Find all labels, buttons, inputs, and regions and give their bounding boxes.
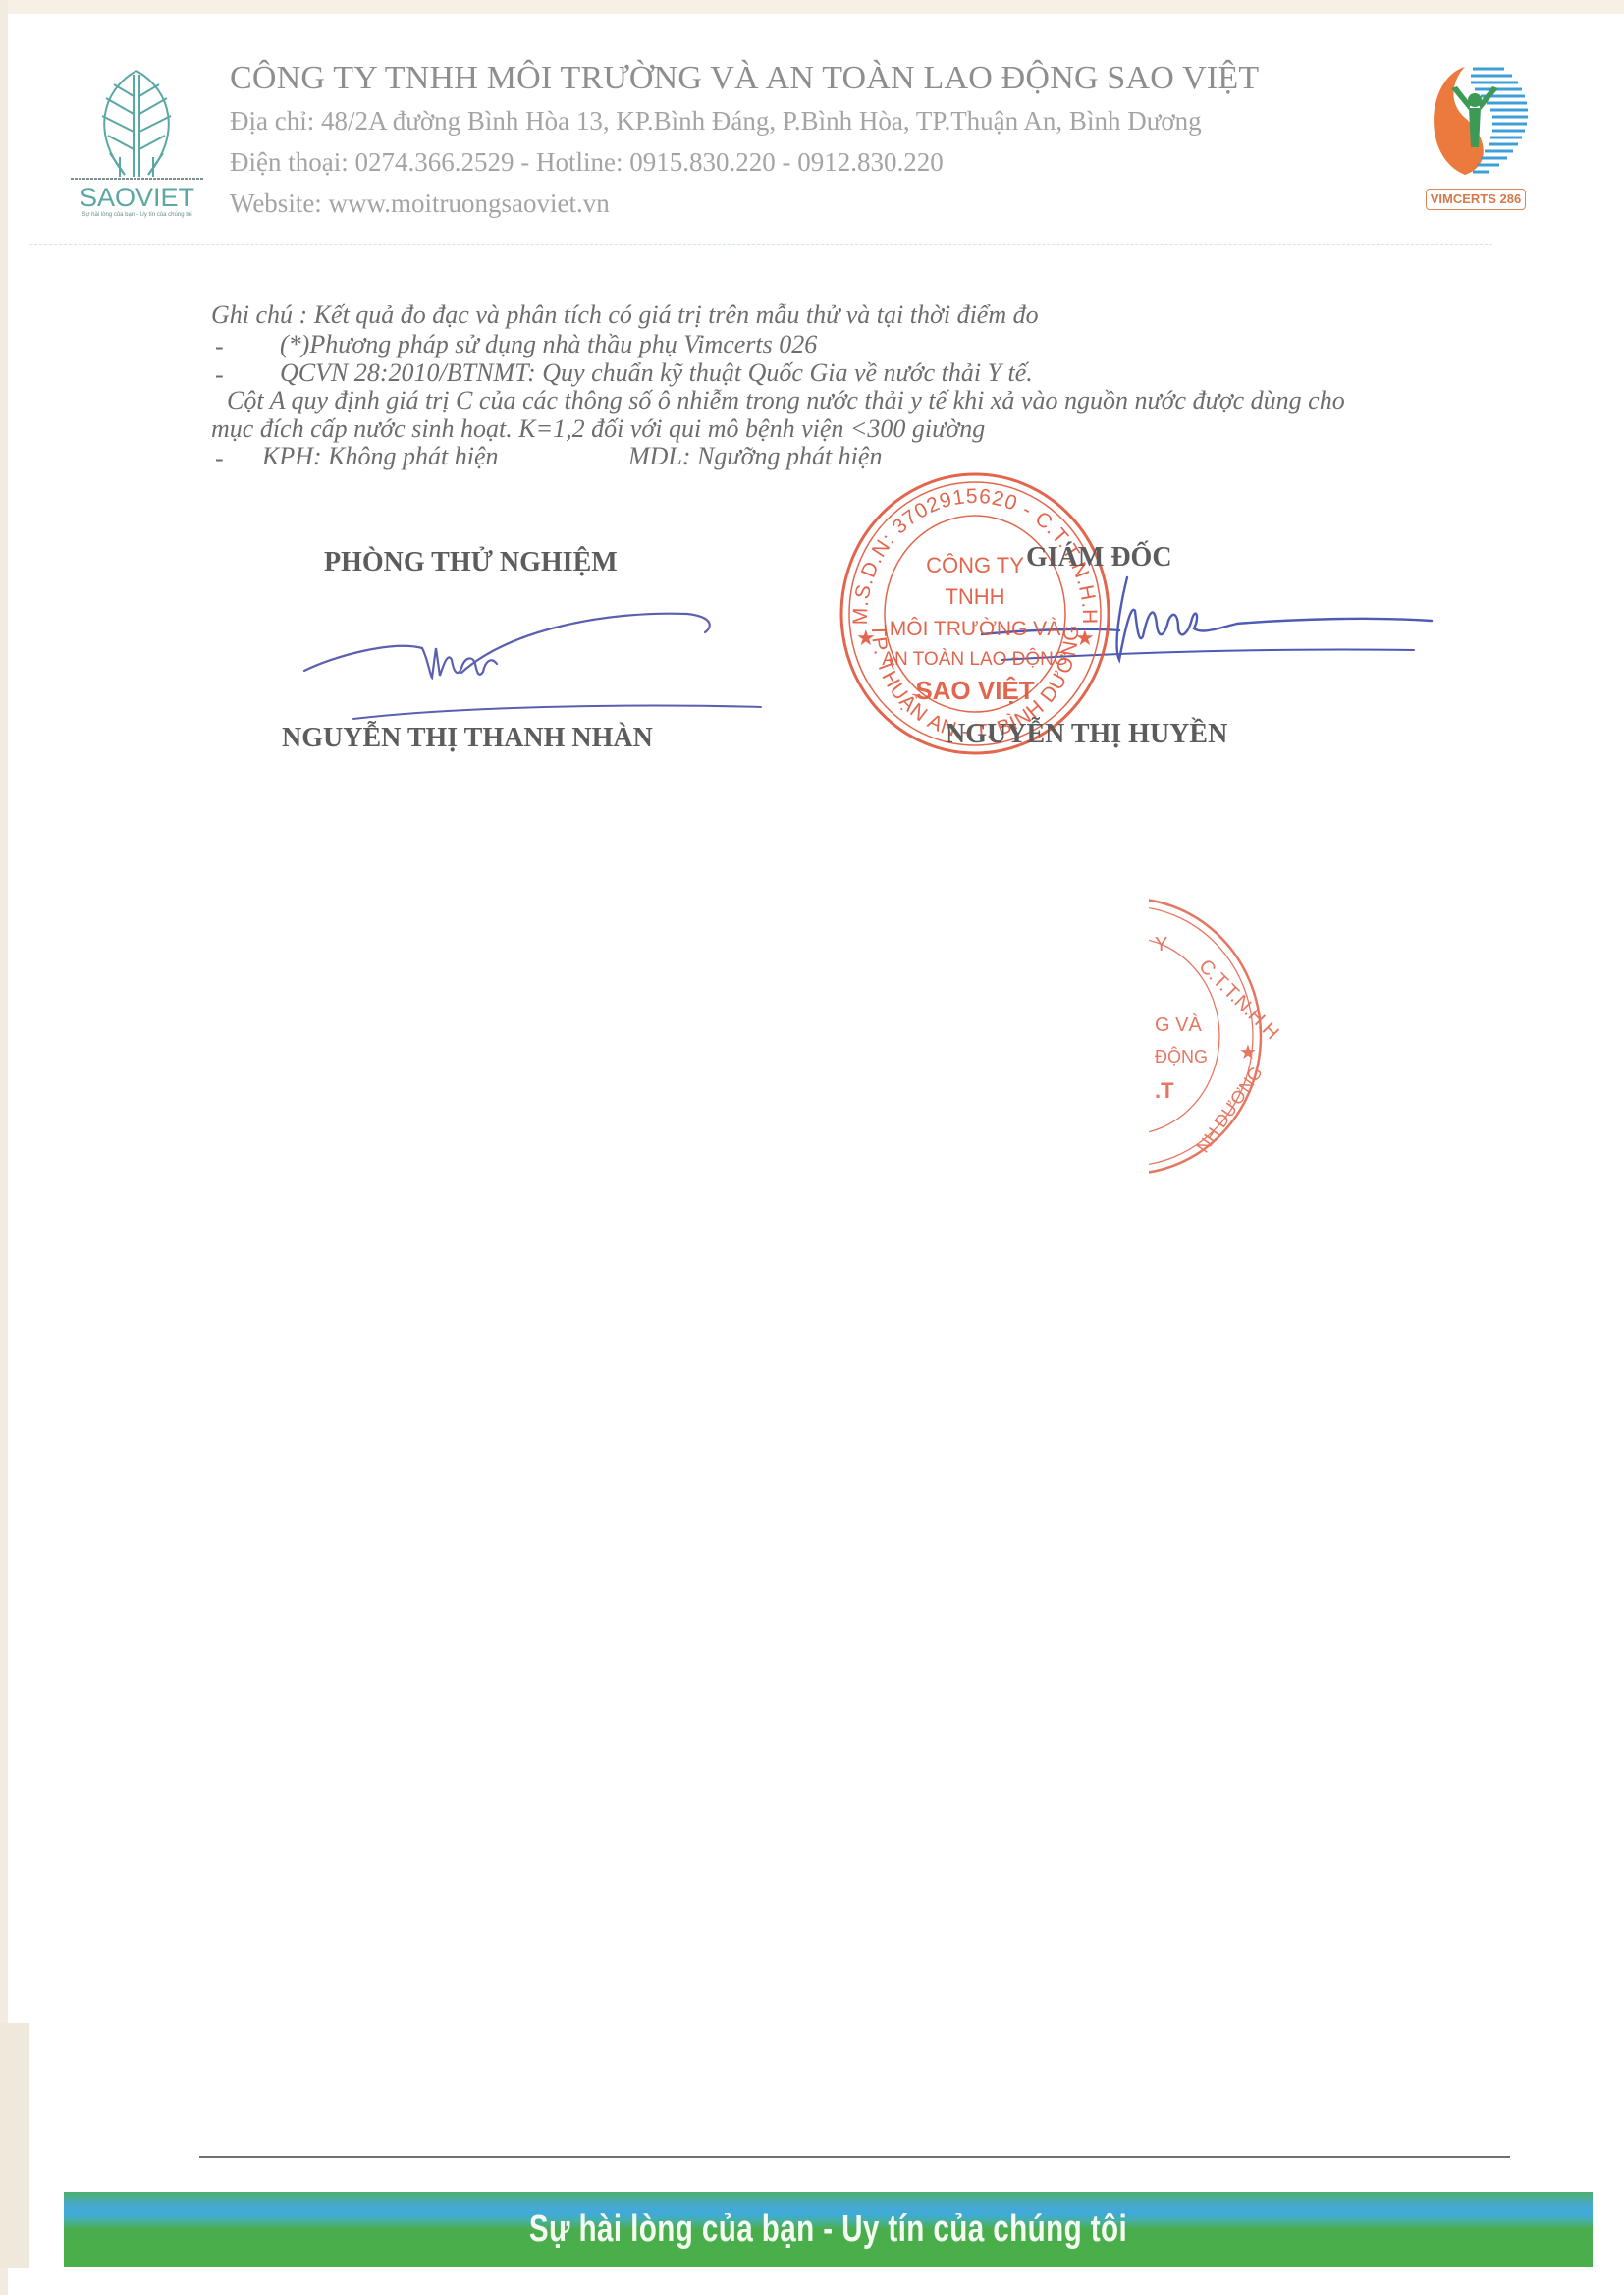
note-item-qcvn: QCVN 28:2010/BTNMT: Quy chuẩn kỹ thuật Q… <box>280 358 1033 388</box>
footer-slogan: Sự hài lòng của bạn - Uy tín của chúng t… <box>232 2192 1424 2267</box>
svg-text:★: ★ <box>1075 626 1095 650</box>
footer-rule <box>199 2156 1510 2158</box>
notes-heading: Ghi chú : Kết quả đo đạc và phân tích có… <box>211 301 1039 330</box>
saoviet-logo: SAOVIET Sự hài lòng của bạn - Uy tín của… <box>71 67 203 224</box>
scan-shadow <box>0 2023 29 2268</box>
company-address: Địa chỉ: 48/2A đường Bình Hòa 13, KP.Bìn… <box>230 100 1259 141</box>
svg-text:G VÀ: G VÀ <box>1155 1013 1202 1036</box>
director-signature-title: GIÁM ĐỐC <box>1026 542 1172 574</box>
vimcerts-logo-icon <box>1406 49 1543 187</box>
scan-border-top <box>0 0 1624 14</box>
note-column-a-line2: mục đích cấp nước sinh hoạt. K=1,2 đối v… <box>211 414 985 444</box>
svg-text:MÔI TRƯỜNG VÀ: MÔI TRƯỜNG VÀ <box>890 618 1060 640</box>
svg-text:SAO VIỆT: SAO VIỆT <box>915 676 1034 705</box>
logo-brand-text: SAOVIET <box>71 183 203 213</box>
leaf-logo-icon <box>71 67 203 183</box>
company-header: CÔNG TY TNHH MÔI TRƯỜNG VÀ AN TOÀN LAO Đ… <box>230 57 1259 224</box>
logo-tagline: Sự hài lòng của bạn - Uy tín của chúng t… <box>71 212 203 218</box>
svg-text:★: ★ <box>1239 1042 1257 1064</box>
company-phone: Điện thoại: 0274.366.2529 - Hotline: 091… <box>230 141 1259 183</box>
lab-signature-title: PHÒNG THỬ NGHIỆM <box>324 547 618 578</box>
footer-band: Sự hài lòng của bạn - Uy tín của chúng t… <box>64 2192 1593 2267</box>
lab-signature-icon <box>304 614 761 719</box>
bullet-dash: - <box>215 360 224 390</box>
svg-text:★: ★ <box>856 626 876 650</box>
company-website: Website: www.moitruongsaoviet.vn <box>230 183 1259 224</box>
vimcerts-badge: VIMCERTS 286 <box>1426 189 1526 210</box>
svg-text:CÔNG TY: CÔNG TY <box>926 553 1024 577</box>
scan-border-left <box>0 0 8 2295</box>
svg-text:NH DƯƠNG: NH DƯƠNG <box>1193 1063 1267 1156</box>
svg-text:Y: Y <box>1155 934 1167 956</box>
svg-text:.T: .T <box>1155 1078 1174 1103</box>
note-mdl: MDL: Ngưỡng phát hiện <box>628 442 882 471</box>
note-item-method: (*)Phương pháp sử dụng nhà thầu phụ Vimc… <box>280 330 817 359</box>
svg-text:AN TOÀN LAO ĐỘNG: AN TOÀN LAO ĐỘNG <box>882 648 1067 670</box>
lab-signer-name: NGUYỄN THỊ THANH NHÀN <box>282 723 653 754</box>
director-signature-icon <box>982 577 1432 660</box>
note-kph: KPH: Không phát hiện <box>262 442 499 471</box>
svg-text:ĐỘNG: ĐỘNG <box>1155 1046 1208 1066</box>
bullet-dash: - <box>215 332 224 361</box>
svg-text:TNHH: TNHH <box>945 584 1004 609</box>
company-name: CÔNG TY TNHH MÔI TRƯỜNG VÀ AN TOÀN LAO Đ… <box>230 57 1259 100</box>
header-divider <box>29 244 1492 245</box>
note-column-a-line1: Cột A quy định giá trị C của các thông s… <box>227 386 1345 415</box>
svg-text:C.T.T.N.H.H: C.T.T.N.H.H <box>1194 956 1282 1044</box>
director-signer-name: NGUYỄN THỊ HUYỀN <box>946 719 1227 750</box>
bullet-dash: - <box>215 444 224 473</box>
